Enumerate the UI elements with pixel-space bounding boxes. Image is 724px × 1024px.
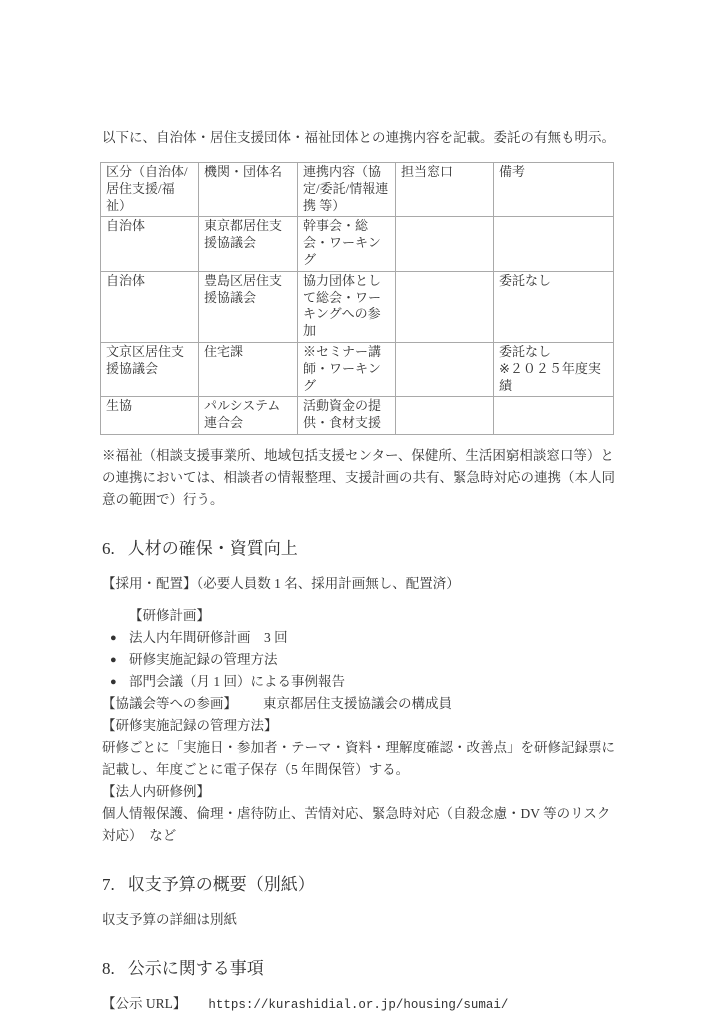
section-8-heading: 8.公示に関する事項 (102, 958, 617, 979)
table-cell: 生協 (101, 397, 199, 435)
list-item-text: 研修実施記録の管理方法 (129, 649, 617, 671)
list-item: ● 法人内年間研修計画 3 回 (102, 627, 617, 649)
table-cell: 自治体 (101, 271, 199, 342)
table-cell: 協力団体として総会・ワーキングへの参加 (298, 271, 396, 342)
council-value: 東京都居住支援協議会の構成員 (263, 696, 452, 711)
section-6-heading: 6.人材の確保・資質向上 (102, 538, 617, 559)
document-page: 以下に、自治体・居住支援団体・福祉団体との連携内容を記載。委託の有無も明示。 区… (0, 0, 724, 1024)
table-cell: 自治体 (101, 217, 199, 271)
recruitment-line: 【採用・配置】（必要人員数 1 名、採用計画無し、配置済） (102, 573, 617, 595)
table-cell (396, 217, 494, 271)
record-mgmt-label: 【研修実施記録の管理方法】 (102, 715, 617, 737)
table-cell: 活動資金の提供・食材支援 (298, 397, 396, 435)
list-item-text: 部門会議（月 1 回）による事例報告 (129, 671, 617, 693)
table-cell: 東京都居住支援協議会 (199, 217, 298, 271)
section-7-title: 収支予算の概要（別紙） (128, 875, 315, 894)
publication-url: https://kurashidial.or.jp/housing/sumai/ (208, 998, 508, 1012)
bullet-icon: ● (102, 649, 129, 671)
table-cell: 文京区居住支援協議会 (101, 342, 199, 396)
table-cell: 幹事会・総会・ワーキング (298, 217, 396, 271)
table-cell: パルシステム連合会 (199, 397, 298, 435)
table-cell (494, 217, 614, 271)
section-6-number: 6. (102, 538, 115, 559)
bullet-icon: ● (102, 627, 129, 649)
budget-note: 収支予算の詳細は別紙 (102, 909, 617, 931)
column-header-organization: 機関・団体名 (199, 163, 298, 217)
section-8-title: 公示に関する事項 (128, 959, 264, 978)
table-cell (494, 397, 614, 435)
table-row: 生協 パルシステム連合会 活動資金の提供・食材支援 (101, 397, 614, 435)
table-cell (396, 342, 494, 396)
table-cell: ※セミナー講師・ワーキング (298, 342, 396, 396)
table-cell: 住宅課 (199, 342, 298, 396)
table-cell: 委託なし ※２０２５年度実績 (494, 342, 614, 396)
council-label: 【協議会等への参画】 (102, 696, 237, 711)
intro-text: 以下に、自治体・居住支援団体・福祉団体との連携内容を記載。委託の有無も明示。 (102, 127, 617, 149)
table-row: 自治体 東京都居住支援協議会 幹事会・総会・ワーキング (101, 217, 614, 271)
table-footnote: ※福祉（相談支援事業所、地域包括支援センター、保健所、生活困窮相談窓口等）との連… (102, 445, 617, 511)
internal-training-label: 【法人内研修例】 (102, 781, 617, 803)
document-content: 以下に、自治体・居住支援団体・福祉団体との連携内容を記載。委託の有無も明示。 区… (100, 127, 617, 1016)
section-8-number: 8. (102, 958, 115, 979)
table-cell: 豊島区居住支援協議会 (199, 271, 298, 342)
column-header-remarks: 備考 (494, 163, 614, 217)
list-item: ● 研修実施記録の管理方法 (102, 649, 617, 671)
table-cell: 委託なし (494, 271, 614, 342)
column-header-collaboration: 連携内容（協定/委託/情報連携 等） (298, 163, 396, 217)
list-item: ● 部門会議（月 1 回）による事例報告 (102, 671, 617, 693)
section-7-heading: 7.収支予算の概要（別紙） (102, 874, 617, 895)
section-7-number: 7. (102, 874, 115, 895)
list-item-text: 法人内年間研修計画 3 回 (129, 627, 617, 649)
column-header-contact: 担当窓口 (396, 163, 494, 217)
council-line: 【協議会等への参画】東京都居住支援協議会の構成員 (102, 693, 617, 715)
column-header-category: 区分（自治体/居住支援/福祉） (101, 163, 199, 217)
internal-training-text: 個人情報保護、倫理・虐待防止、苦情対応、緊急時対応（自殺念慮・DV 等のリスク対… (102, 803, 617, 847)
table-row: 自治体 豊島区居住支援協議会 協力団体として総会・ワーキングへの参加 委託なし (101, 271, 614, 342)
training-plan-label: 【研修計画】 (102, 605, 617, 627)
record-mgmt-text: 研修ごとに「実施日・参加者・テーマ・資料・理解度確認・改善点」を研修記録票に記載… (102, 737, 617, 781)
bullet-icon: ● (102, 671, 129, 693)
table-row: 文京区居住支援協議会 住宅課 ※セミナー講師・ワーキング 委託なし ※２０２５年… (101, 342, 614, 396)
table-header-row: 区分（自治体/居住支援/福祉） 機関・団体名 連携内容（協定/委託/情報連携 等… (101, 163, 614, 217)
section-6-title: 人材の確保・資質向上 (128, 539, 298, 558)
partnership-table: 区分（自治体/居住支援/福祉） 機関・団体名 連携内容（協定/委託/情報連携 等… (100, 162, 614, 435)
table-cell (396, 271, 494, 342)
publication-url-line: 【公示 URL】https://kurashidial.or.jp/housin… (102, 993, 617, 1016)
publication-url-label: 【公示 URL】 (102, 996, 186, 1011)
table-cell (396, 397, 494, 435)
